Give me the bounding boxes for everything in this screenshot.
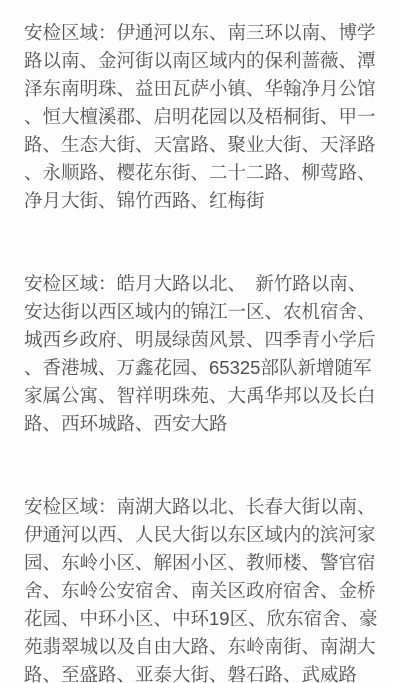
text-line: 安检区域：皓月大路以北、 新竹路以南、 [24,270,374,298]
text-line: 花园、中环小区、中环19区、欣东宿舍、豪 [24,605,374,633]
text-line: 伊通河以西、人民大街以东区域内的滨河家 [24,521,374,549]
text-line: 路以南、金河街以南区域内的保利蔷薇、潭 [24,47,374,75]
text-line: 、永顺路、樱花东街、二十二路、柳莺路、 [24,159,374,187]
text-line: 安达街以西区域内的锦江一区、农机宿舍、 [24,298,374,326]
text-line: 路、生态大街、天富路、聚业大街、天泽路 [24,131,374,159]
text-line: 城西乡政府、明晟绿茵风景、四季青小学后 [24,326,374,354]
text-line: 路、西环城路、西安大路 [24,410,374,438]
text-line: 园、东岭小区、解困小区、教师楼、警官宿 [24,549,374,577]
text-line: 、香港城、万鑫花园、65325部队新增随军 [24,354,374,382]
text-line: 路、至盛路、亚泰大街、磐石路、武威路 [24,661,374,683]
security-check-notice: 安检区域：伊通河以东、南三环以南、博学 路以南、金河街以南区域内的保利蔷薇、潭 … [0,0,398,683]
text-line: 、恒大檀溪郡、启明花园以及梧桐街、甲一 [24,103,374,131]
text-line: 家属公寓、智祥明珠苑、大禹华邦以及长白 [24,382,374,410]
text-line: 泽东南明珠、益田瓦萨小镇、华翰净月公馆 [24,75,374,103]
text-line: 安检区域：伊通河以东、南三环以南、博学 [24,19,374,47]
text-line: 苑翡翠城以及自由大路、东岭南街、南湖大 [24,633,374,661]
security-area-paragraph-3: 安检区域：南湖大路以北、长春大街以南、 伊通河以西、人民大街以东区域内的滨河家 … [24,493,374,683]
text-line: 安检区域：南湖大路以北、长春大街以南、 [24,493,374,521]
text-line: 净月大街、锦竹西路、红梅街 [24,187,374,215]
security-area-paragraph-2: 安检区域：皓月大路以北、 新竹路以南、 安达街以西区域内的锦江一区、农机宿舍、 … [24,270,374,438]
text-line: 舍、东岭公安宿舍、南关区政府宿舍、金桥 [24,577,374,605]
security-area-paragraph-1: 安检区域：伊通河以东、南三环以南、博学 路以南、金河街以南区域内的保利蔷薇、潭 … [24,19,374,215]
